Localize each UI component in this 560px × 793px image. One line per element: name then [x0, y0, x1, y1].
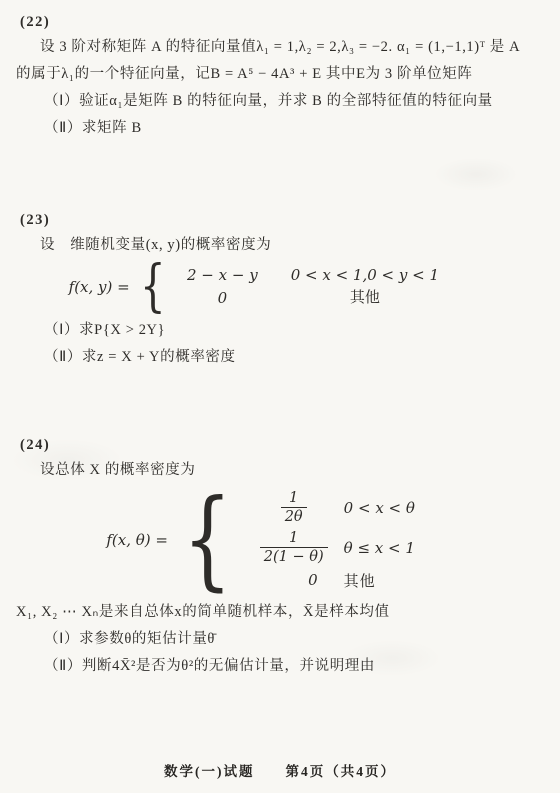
- question-23-part-1: （Ⅰ）求P{X > 2Y}: [44, 317, 544, 344]
- q23-formula-lhs: f(x, y) =: [69, 278, 130, 296]
- page-content: (22) 设 3 阶对称矩阵 A 的特征向量值λ₁ = 1,λ₂ = 2,λ₃ …: [0, 0, 560, 680]
- q23-piecewise-cases: 2 − x − y 0 < x < 1,0 < y < 1 0 其他: [172, 264, 457, 310]
- q24-case-2-condition: θ ≤ x < 1: [344, 539, 415, 557]
- question-24-intro: 设总体 X 的概率密度为: [16, 457, 544, 484]
- question-23: (23) 设 维随机变量(x, y)的概率密度为 f(x, y) = { 2 −…: [16, 208, 544, 371]
- question-22-part-1: （Ⅰ）验证α₁是矩阵 B 的特征向量，并求 B 的全部特征值的特征向量: [44, 88, 544, 115]
- q24-case-2-numerator: 1: [286, 530, 301, 547]
- question-23-intro: 设 维随机变量(x, y)的概率密度为: [16, 232, 544, 259]
- q24-case-2-denominator: 2(1 − θ): [260, 547, 328, 566]
- question-22-statement-line-1: 设 3 阶对称矩阵 A 的特征向量值λ₁ = 1,λ₂ = 2,λ₃ = −2.…: [16, 34, 544, 61]
- q23-case-row-1: 2 − x − y 0 < x < 1,0 < y < 1: [172, 264, 457, 287]
- q23-case-1-value: 2 − x − y: [187, 264, 258, 287]
- question-24-part-1: （Ⅰ）求参数θ的矩估计量θ̄: [44, 626, 544, 653]
- question-24-part-2: （Ⅱ）判断4X̄²是否为θ²的无偏估计量，并说明理由: [44, 653, 544, 680]
- q23-case-row-2: 0 其他: [172, 287, 457, 310]
- q23-density-formula: f(x, y) = { 2 − x − y 0 < x < 1,0 < y < …: [0, 263, 544, 311]
- q23-case-2-condition: 其他: [350, 287, 380, 310]
- left-brace: {: [183, 494, 232, 586]
- question-22-statement-line-2: 的属于λ₁的一个特征向量，记B = A⁵ − 4A³ + E 其中E为 3 阶单…: [16, 61, 544, 88]
- q24-case-1-denominator: 2θ: [281, 507, 307, 526]
- q24-case-1-fraction: 1 2θ: [281, 490, 307, 526]
- q24-case-1-condition: 0 < x < θ: [344, 499, 415, 517]
- q23-case-2-value: 0: [218, 287, 228, 310]
- question-24-sample-line: X₁, X₂ ⋯ Xₙ是来自总体x的简单随机样本，X̄是样本均值: [16, 599, 544, 626]
- q24-piecewise-cases: 1 2θ 0 < x < θ 1 2(1 − θ) θ ≤ x < 1 0: [244, 488, 444, 593]
- question-22-part-2: （Ⅱ）求矩阵 B: [44, 115, 544, 142]
- question-23-number: (23): [20, 208, 544, 232]
- page-footer: 数学(一)试题 第4页（共4页）: [0, 760, 560, 780]
- q24-density-formula: f(x, θ) = { 1 2θ 0 < x < θ 1 2(1 − θ): [6, 488, 544, 593]
- q24-case-3-value: 0: [308, 571, 344, 589]
- question-24-number: (24): [20, 433, 544, 457]
- question-22: (22) 设 3 阶对称矩阵 A 的特征向量值λ₁ = 1,λ₂ = 2,λ₃ …: [16, 10, 544, 142]
- q24-formula-lhs: f(x, θ) =: [106, 531, 168, 549]
- q24-case-2-fraction: 1 2(1 − θ): [260, 530, 328, 566]
- scanned-exam-page: (22) 设 3 阶对称矩阵 A 的特征向量值λ₁ = 1,λ₂ = 2,λ₃ …: [0, 0, 560, 793]
- question-24: (24) 设总体 X 的概率密度为 f(x, θ) = { 1 2θ 0 < x…: [16, 433, 544, 680]
- question-22-number: (22): [20, 10, 544, 34]
- question-23-part-2: （Ⅱ）求z = X + Y的概率密度: [44, 344, 544, 371]
- q24-case-row-2: 1 2(1 − θ) θ ≤ x < 1: [244, 530, 444, 566]
- q24-case-row-3: 0 其他: [244, 570, 444, 591]
- left-brace: {: [140, 263, 166, 311]
- q24-case-1-numerator: 1: [286, 490, 301, 507]
- q24-case-row-1: 1 2θ 0 < x < θ: [244, 490, 444, 526]
- q23-case-1-condition: 0 < x < 1,0 < y < 1: [291, 264, 439, 287]
- q24-case-3-condition: 其他: [344, 570, 376, 591]
